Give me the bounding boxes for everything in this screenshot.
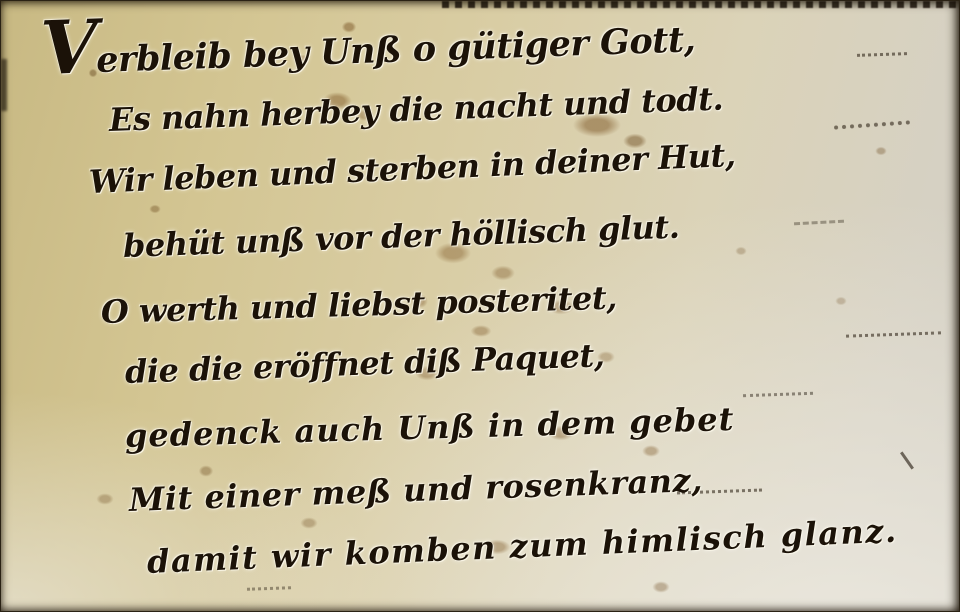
manuscript-line-7: gedenck auch Unß in dem gebet — [124, 400, 734, 455]
manuscript-line-6: die die eröffnet diß Paquet, — [124, 336, 605, 391]
ink-bleedthrough-mark — [846, 331, 941, 337]
ink-bleedthrough-mark — [247, 586, 291, 591]
ink-bleedthrough-mark — [743, 392, 813, 397]
manuscript-line-9: damit wir komben zum himlisch glanz. — [146, 512, 898, 581]
manuscript-line-8: Mit einer meß und rosenkranz, — [128, 461, 703, 519]
manuscript-line-4: behüt unß vor der höllisch glut. — [122, 208, 680, 265]
ink-bleedthrough-mark — [900, 451, 914, 469]
ink-bleedthrough-mark — [794, 220, 844, 226]
manuscript-line-2: Es nahn herbey die nacht und todt. — [108, 80, 723, 139]
manuscript-line-3: Wir leben und sterben in deiner Hut, — [88, 136, 736, 201]
photo-left-edge-mark — [1, 59, 7, 111]
manuscript-photo: Verbleib bey Unß o gütiger Gott, Es nahn… — [0, 0, 960, 612]
photo-top-edge — [442, 1, 959, 8]
manuscript-line-5: O werth und liebst posteritet, — [100, 279, 617, 331]
ink-bleedthrough-mark — [857, 52, 907, 57]
ink-bleedthrough-mark — [834, 120, 910, 129]
manuscript-line-1: Verbleib bey Unß o gütiger Gott, — [40, 4, 696, 83]
